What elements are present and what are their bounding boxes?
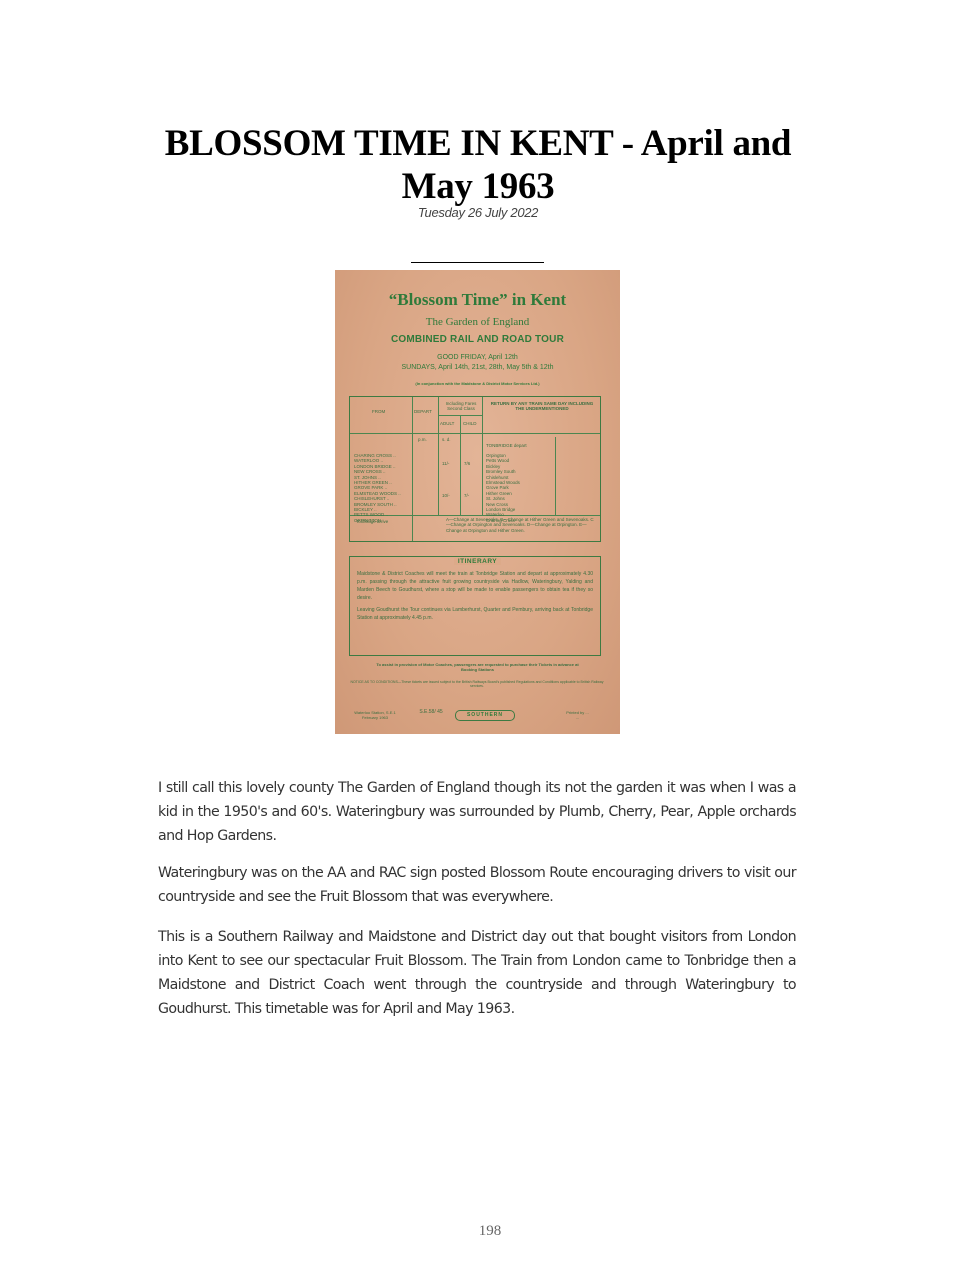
itinerary-title: ITINERARY <box>454 558 501 565</box>
paragraph-2: Wateringbury was on the AA and RAC sign … <box>158 861 796 909</box>
tonbridge-depart: TONBRIDGE depart <box>486 443 527 448</box>
return-header: RETURN BY ANY TRAIN SAME DAY INCLUDING T… <box>490 401 594 412</box>
timetable: FROM DEPART Including Fares Second Class… <box>349 396 601 542</box>
footer-code: S.E.58/ 45 <box>413 710 449 715</box>
fare-adult-2: 10/- <box>442 493 450 498</box>
fare-header: Including Fares Second Class <box>440 401 482 412</box>
booking-note: To assist in provision of Motor Coaches,… <box>375 662 580 672</box>
depart-header: DEPART <box>414 409 432 414</box>
fare-child-2: 7/- <box>464 493 469 498</box>
poster-tour: COMBINED RAIL AND ROAD TOUR <box>335 334 620 345</box>
conditions: NOTICE AS TO CONDITIONS—These tickets ar… <box>349 680 605 688</box>
poster-dates-1: GOOD FRIDAY, April 12th <box>335 354 620 361</box>
footer-left: Waterloo Station, S.E.1 February 1963 <box>345 710 405 720</box>
units-depart: p.m. <box>418 437 427 442</box>
poster-note: (In conjunction with the Maidstone & Dis… <box>335 381 620 386</box>
units-fare: s. d. <box>442 437 451 442</box>
paragraph-3: This is a Southern Railway and Maidstone… <box>158 925 796 1021</box>
stations-back: Orpington Petts Wood Bickley Bromley Sou… <box>486 453 520 523</box>
poster-dates-2: SUNDAYS, April 14th, 21st, 28th, May 5th… <box>335 364 620 371</box>
from-header: FROM <box>372 409 385 414</box>
itinerary-text-1: Maidstone & District Coaches will meet t… <box>357 570 593 602</box>
divider <box>411 262 544 263</box>
tonbridge-arrive: Tonbridge arrive <box>356 519 388 524</box>
child-header: CHILD <box>463 421 477 426</box>
fare-adult-1: 11/- <box>442 461 449 466</box>
page-number: 198 <box>440 1223 540 1240</box>
paragraph-1: I still call this lovely county The Gard… <box>158 776 796 848</box>
footnotes: A—Change at Sevenoaks. B—Change at Hithe… <box>446 517 596 533</box>
adult-header: ADULT <box>440 421 454 426</box>
poster-image: “Blossom Time” in Kent The Garden of Eng… <box>335 270 620 734</box>
southern-logo: SOUTHERN <box>455 710 515 721</box>
poster-subheading: The Garden of England <box>335 316 620 328</box>
article-date: Tuesday 26 July 2022 <box>150 205 806 220</box>
poster-heading: “Blossom Time” in Kent <box>335 290 620 310</box>
itinerary-text-2: Leaving Goudhurst the Tour continues via… <box>357 606 593 622</box>
fare-child-1: 7/6 <box>464 461 470 466</box>
article-title: BLOSSOM TIME IN KENT - April and May 196… <box>150 122 806 208</box>
footer-right: Printed by ... ... <box>545 710 610 720</box>
stations-out: CHARING CROSS .. WATERLOO .. LONDON BRID… <box>354 453 401 523</box>
